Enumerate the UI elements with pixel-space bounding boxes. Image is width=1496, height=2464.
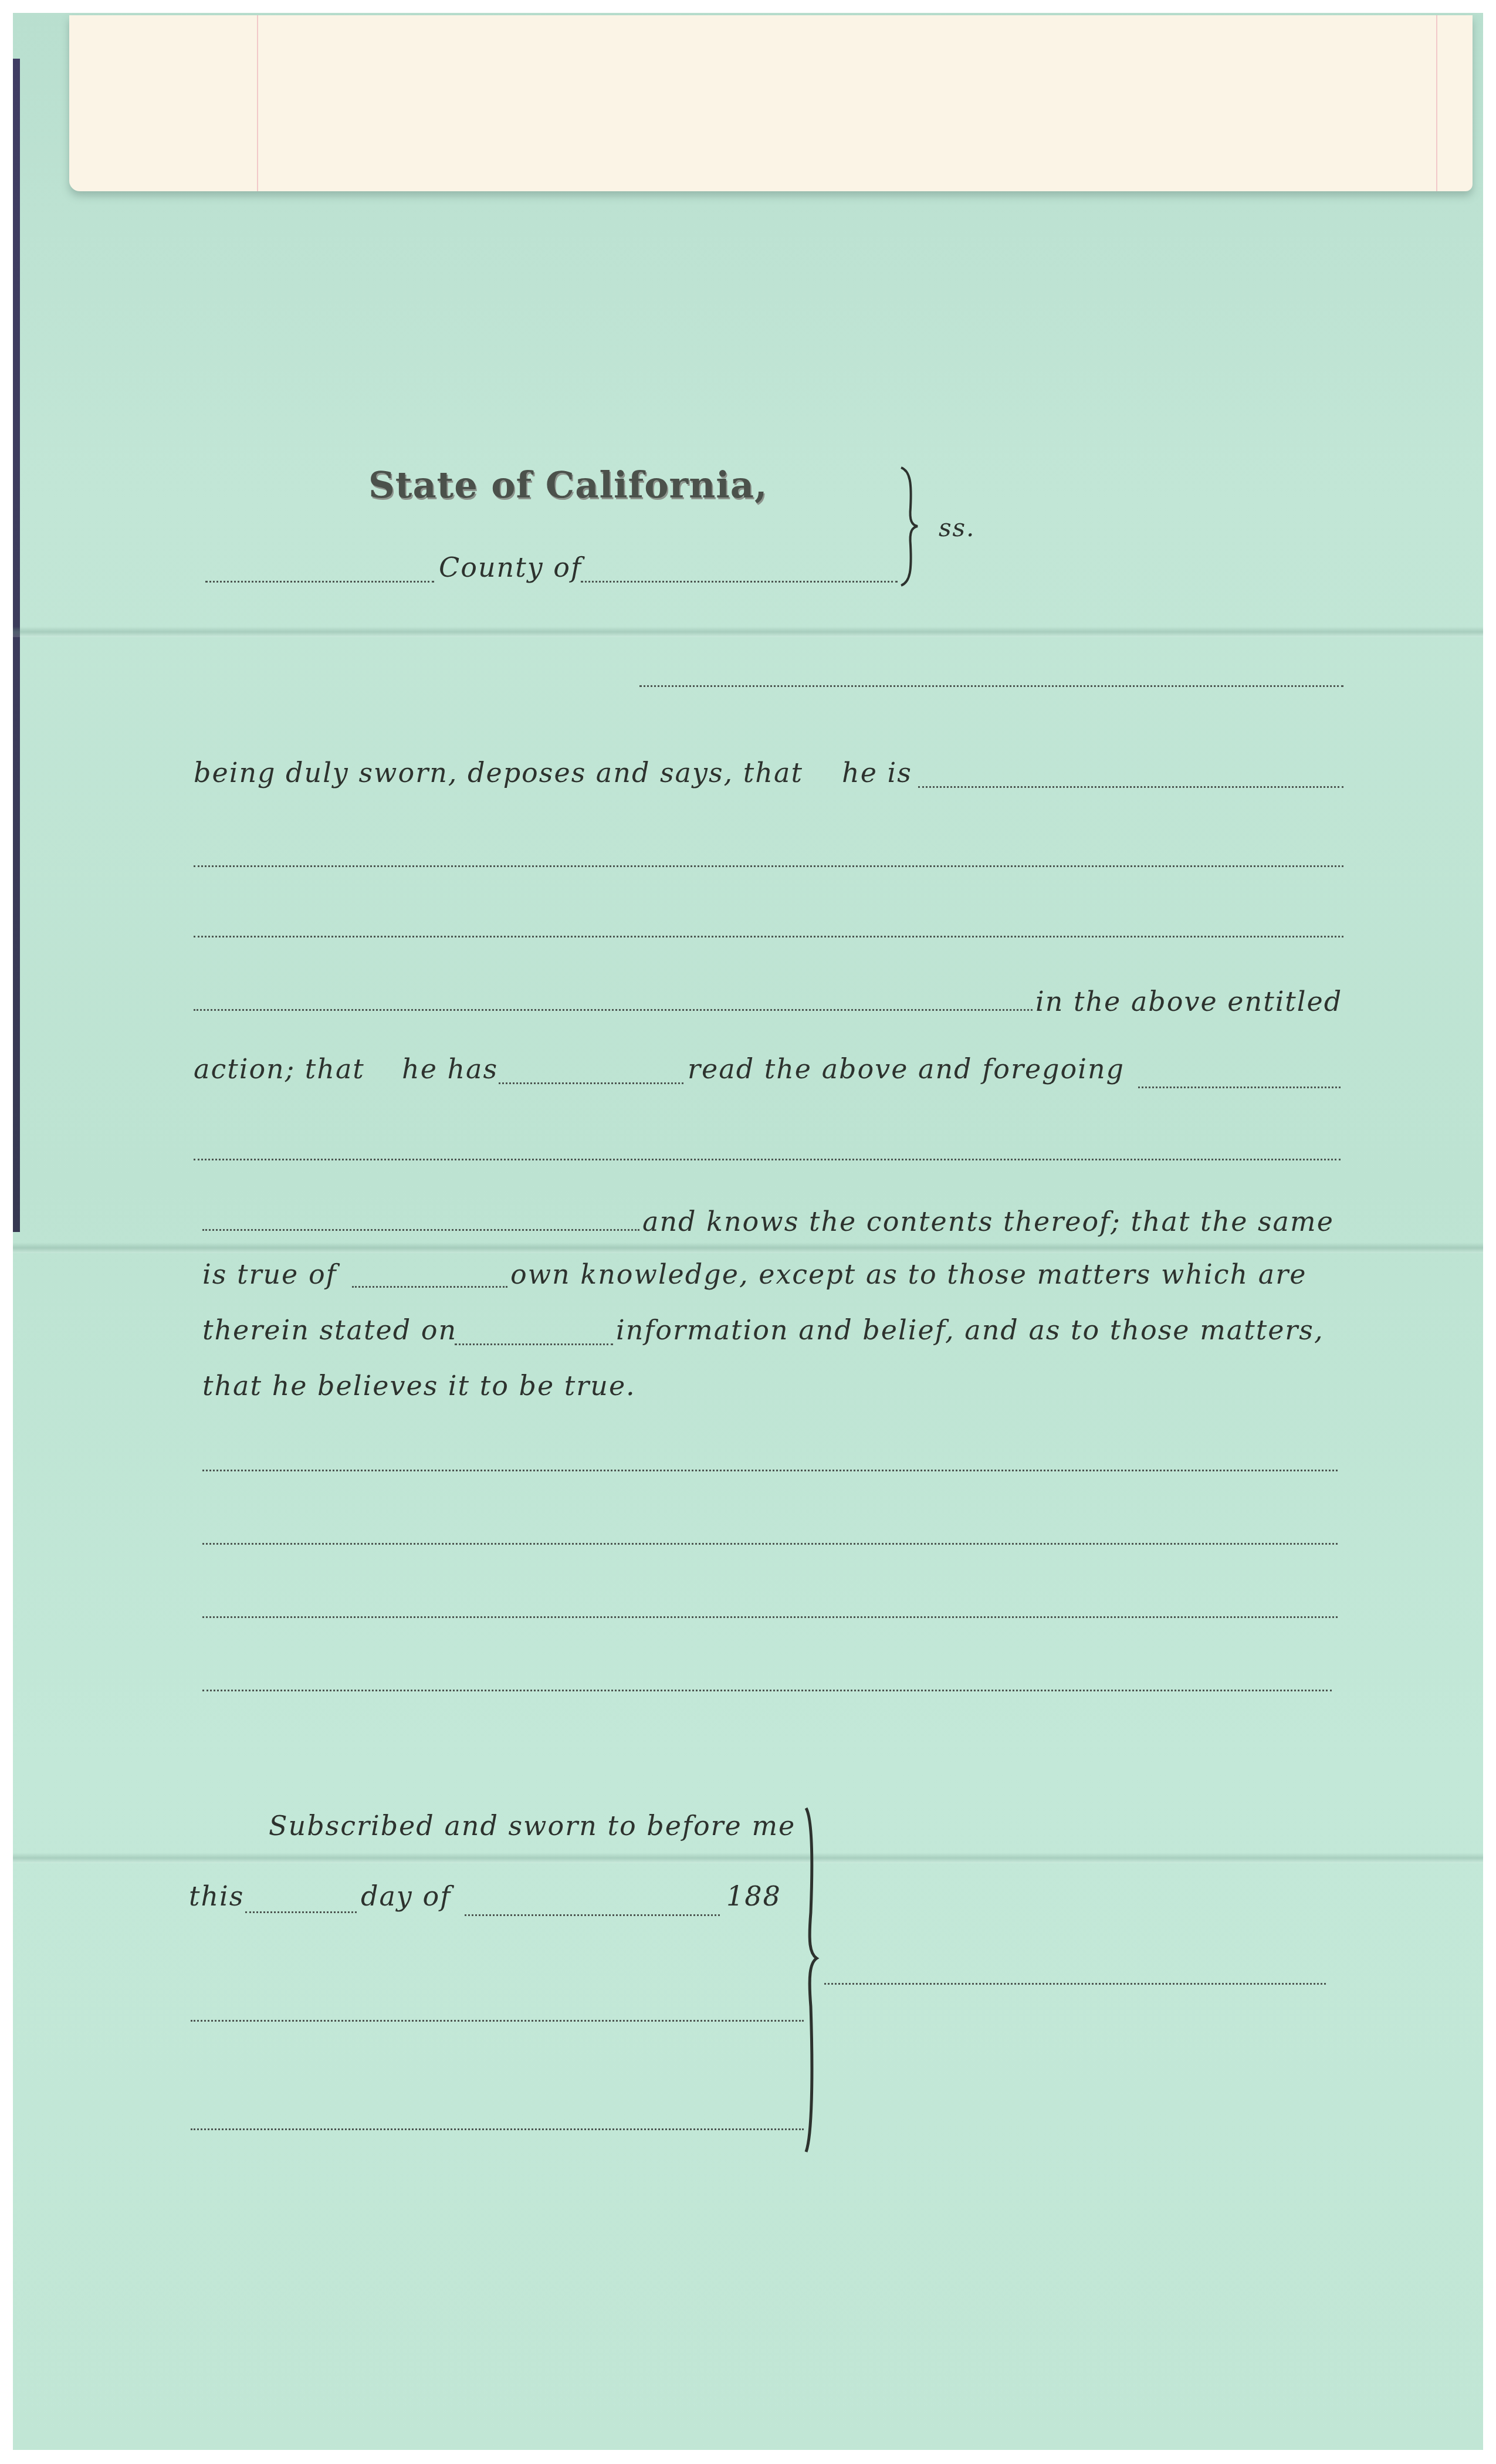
officer-title-line-1[interactable] <box>191 2020 804 2022</box>
margin-rule <box>1436 15 1437 191</box>
document-title-blank[interactable] <box>1138 1087 1341 1088</box>
this-label: this <box>189 1880 244 1912</box>
capacity-blank[interactable] <box>918 786 1343 788</box>
fold-line <box>13 627 1483 637</box>
action-text: action; that <box>194 1053 365 1085</box>
form-heading: State of California, <box>368 463 768 506</box>
margin-rule <box>257 15 258 191</box>
signature-line-4[interactable] <box>202 1690 1332 1691</box>
fold-line <box>13 1243 1483 1253</box>
day-of-label: day of <box>361 1880 451 1912</box>
read-foregoing-text: read the above and foregoing <box>688 1053 1125 1085</box>
has-blank[interactable] <box>499 1082 683 1084</box>
signature-line-1[interactable] <box>202 1470 1338 1471</box>
capacity-blank-line-3[interactable] <box>194 936 1343 937</box>
county-name-blank[interactable] <box>581 581 898 583</box>
year-prefix: 188 <box>726 1880 781 1912</box>
scan-edge-shadow <box>13 59 20 1232</box>
therein-stated-text: therein stated on <box>202 1314 457 1346</box>
attached-paper-strip <box>69 15 1473 191</box>
signature-line-3[interactable] <box>202 1616 1338 1618</box>
document-title-blank-line-3[interactable] <box>202 1229 639 1231</box>
signature-line-2[interactable] <box>202 1543 1338 1545</box>
officer-signature-line[interactable] <box>824 1983 1326 1985</box>
month-blank[interactable] <box>465 1914 720 1916</box>
sworn-statement-text: being duly sworn, deposes and says, that <box>194 757 803 788</box>
he-has-text: he has <box>402 1053 498 1085</box>
above-entitled-text: in the above entitled <box>1035 986 1342 1017</box>
own-knowledge-text: own knowledge, except as to those matter… <box>510 1258 1307 1290</box>
capacity-blank-line-2[interactable] <box>194 865 1343 867</box>
venue-brace-icon <box>898 466 921 587</box>
party-blank[interactable] <box>194 1009 1033 1011</box>
fold-line <box>13 1853 1483 1863</box>
ss-label: ss. <box>939 513 975 542</box>
county-label: County of <box>439 551 582 583</box>
knows-contents-text: and knows the contents thereof; that the… <box>642 1206 1334 1237</box>
document-title-blank-line-2[interactable] <box>194 1159 1341 1160</box>
county-name-blank-left[interactable] <box>205 581 434 583</box>
believes-true-text: that he believes it to be true. <box>202 1370 636 1402</box>
true-of-text: is true of <box>202 1258 337 1290</box>
information-belief-text: information and belief, and as to those … <box>616 1314 1324 1346</box>
he-is-text: he is <box>842 757 912 788</box>
officer-title-line-2[interactable] <box>191 2128 804 2130</box>
affiant-name-blank[interactable] <box>639 685 1343 687</box>
own-knowledge-blank[interactable] <box>352 1286 507 1288</box>
subscribed-sworn-text: Subscribed and sworn to before me <box>269 1810 796 1842</box>
information-blank[interactable] <box>455 1343 613 1345</box>
jurat-brace-icon <box>803 1807 826 2153</box>
day-blank[interactable] <box>245 1911 357 1913</box>
